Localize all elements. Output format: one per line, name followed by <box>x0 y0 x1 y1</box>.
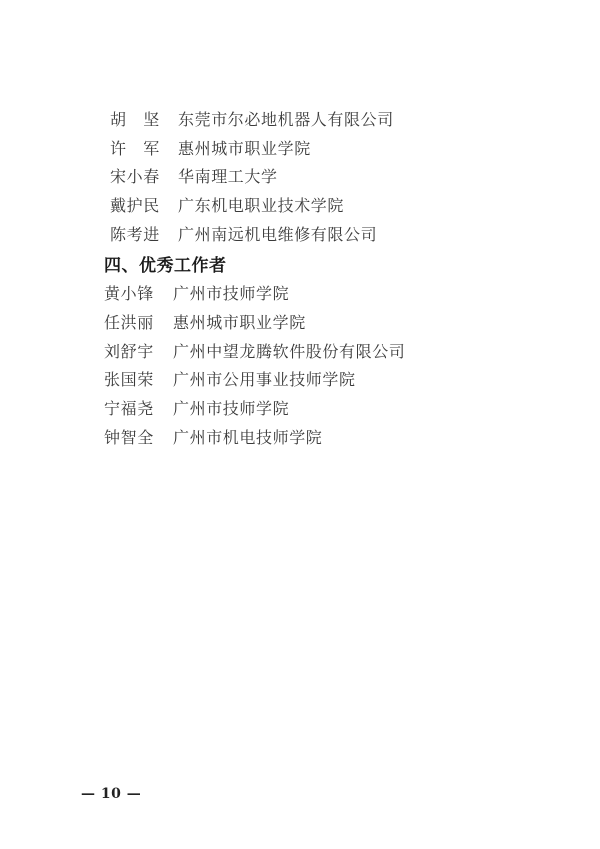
recipient-name: 胡 坚 <box>110 106 160 135</box>
recipient-name: 黄小锋 <box>104 280 154 309</box>
recipient-organization: 广州市公用事业技师学院 <box>173 366 356 395</box>
recipient-organization: 广州市机电技师学院 <box>173 424 322 453</box>
recipient-row: 黄小锋 广州市技师学院 <box>104 280 600 309</box>
recipient-name: 陈考进 <box>110 221 160 250</box>
recipient-row: 宁福尧 广州市技师学院 <box>104 395 600 424</box>
recipient-organization: 惠州城市职业学院 <box>173 309 306 338</box>
recipient-name: 宁福尧 <box>104 395 154 424</box>
recipient-organization: 广州中望龙腾软件股份有限公司 <box>173 338 405 367</box>
page-content: 胡 坚 东莞市尔必地机器人有限公司 许 军 惠州城市职业学院 宋小春 华南理工大… <box>0 106 600 452</box>
recipient-organization: 广州市技师学院 <box>173 395 289 424</box>
recipient-row: 许 军 惠州城市职业学院 <box>110 135 600 164</box>
recipient-row: 钟智全 广州市机电技师学院 <box>104 424 600 453</box>
recipient-organization: 惠州城市职业学院 <box>178 135 311 164</box>
award-list-continued: 胡 坚 东莞市尔必地机器人有限公司 许 军 惠州城市职业学院 宋小春 华南理工大… <box>0 106 600 250</box>
page-number: — 10 — <box>81 786 141 802</box>
recipient-name: 钟智全 <box>104 424 154 453</box>
recipient-row: 戴护民 广东机电职业技术学院 <box>110 192 600 221</box>
recipient-name: 许 军 <box>110 135 160 164</box>
recipient-organization: 东莞市尔必地机器人有限公司 <box>178 106 394 135</box>
excellent-workers-list: 黄小锋 广州市技师学院 任洪丽 惠州城市职业学院 刘舒宇 广州中望龙腾软件股份有… <box>0 280 600 452</box>
recipient-name: 戴护民 <box>110 192 160 221</box>
recipient-name: 张国荣 <box>104 366 154 395</box>
recipient-name: 任洪丽 <box>104 309 154 338</box>
recipient-organization: 广州南远机电维修有限公司 <box>178 221 377 250</box>
recipient-row: 宋小春 华南理工大学 <box>110 163 600 192</box>
recipient-row: 胡 坚 东莞市尔必地机器人有限公司 <box>110 106 600 135</box>
recipient-organization: 广东机电职业技术学院 <box>178 192 344 221</box>
recipient-name: 宋小春 <box>110 163 160 192</box>
document-page: 胡 坚 东莞市尔必地机器人有限公司 许 军 惠州城市职业学院 宋小春 华南理工大… <box>0 0 600 849</box>
recipient-row: 任洪丽 惠州城市职业学院 <box>104 309 600 338</box>
recipient-row: 张国荣 广州市公用事业技师学院 <box>104 366 600 395</box>
recipient-name: 刘舒宇 <box>104 338 154 367</box>
recipient-organization: 华南理工大学 <box>178 163 278 192</box>
recipient-row: 刘舒宇 广州中望龙腾软件股份有限公司 <box>104 338 600 367</box>
recipient-row: 陈考进 广州南远机电维修有限公司 <box>110 221 600 250</box>
recipient-organization: 广州市技师学院 <box>173 280 289 309</box>
section-heading: 四、优秀工作者 <box>104 252 600 281</box>
